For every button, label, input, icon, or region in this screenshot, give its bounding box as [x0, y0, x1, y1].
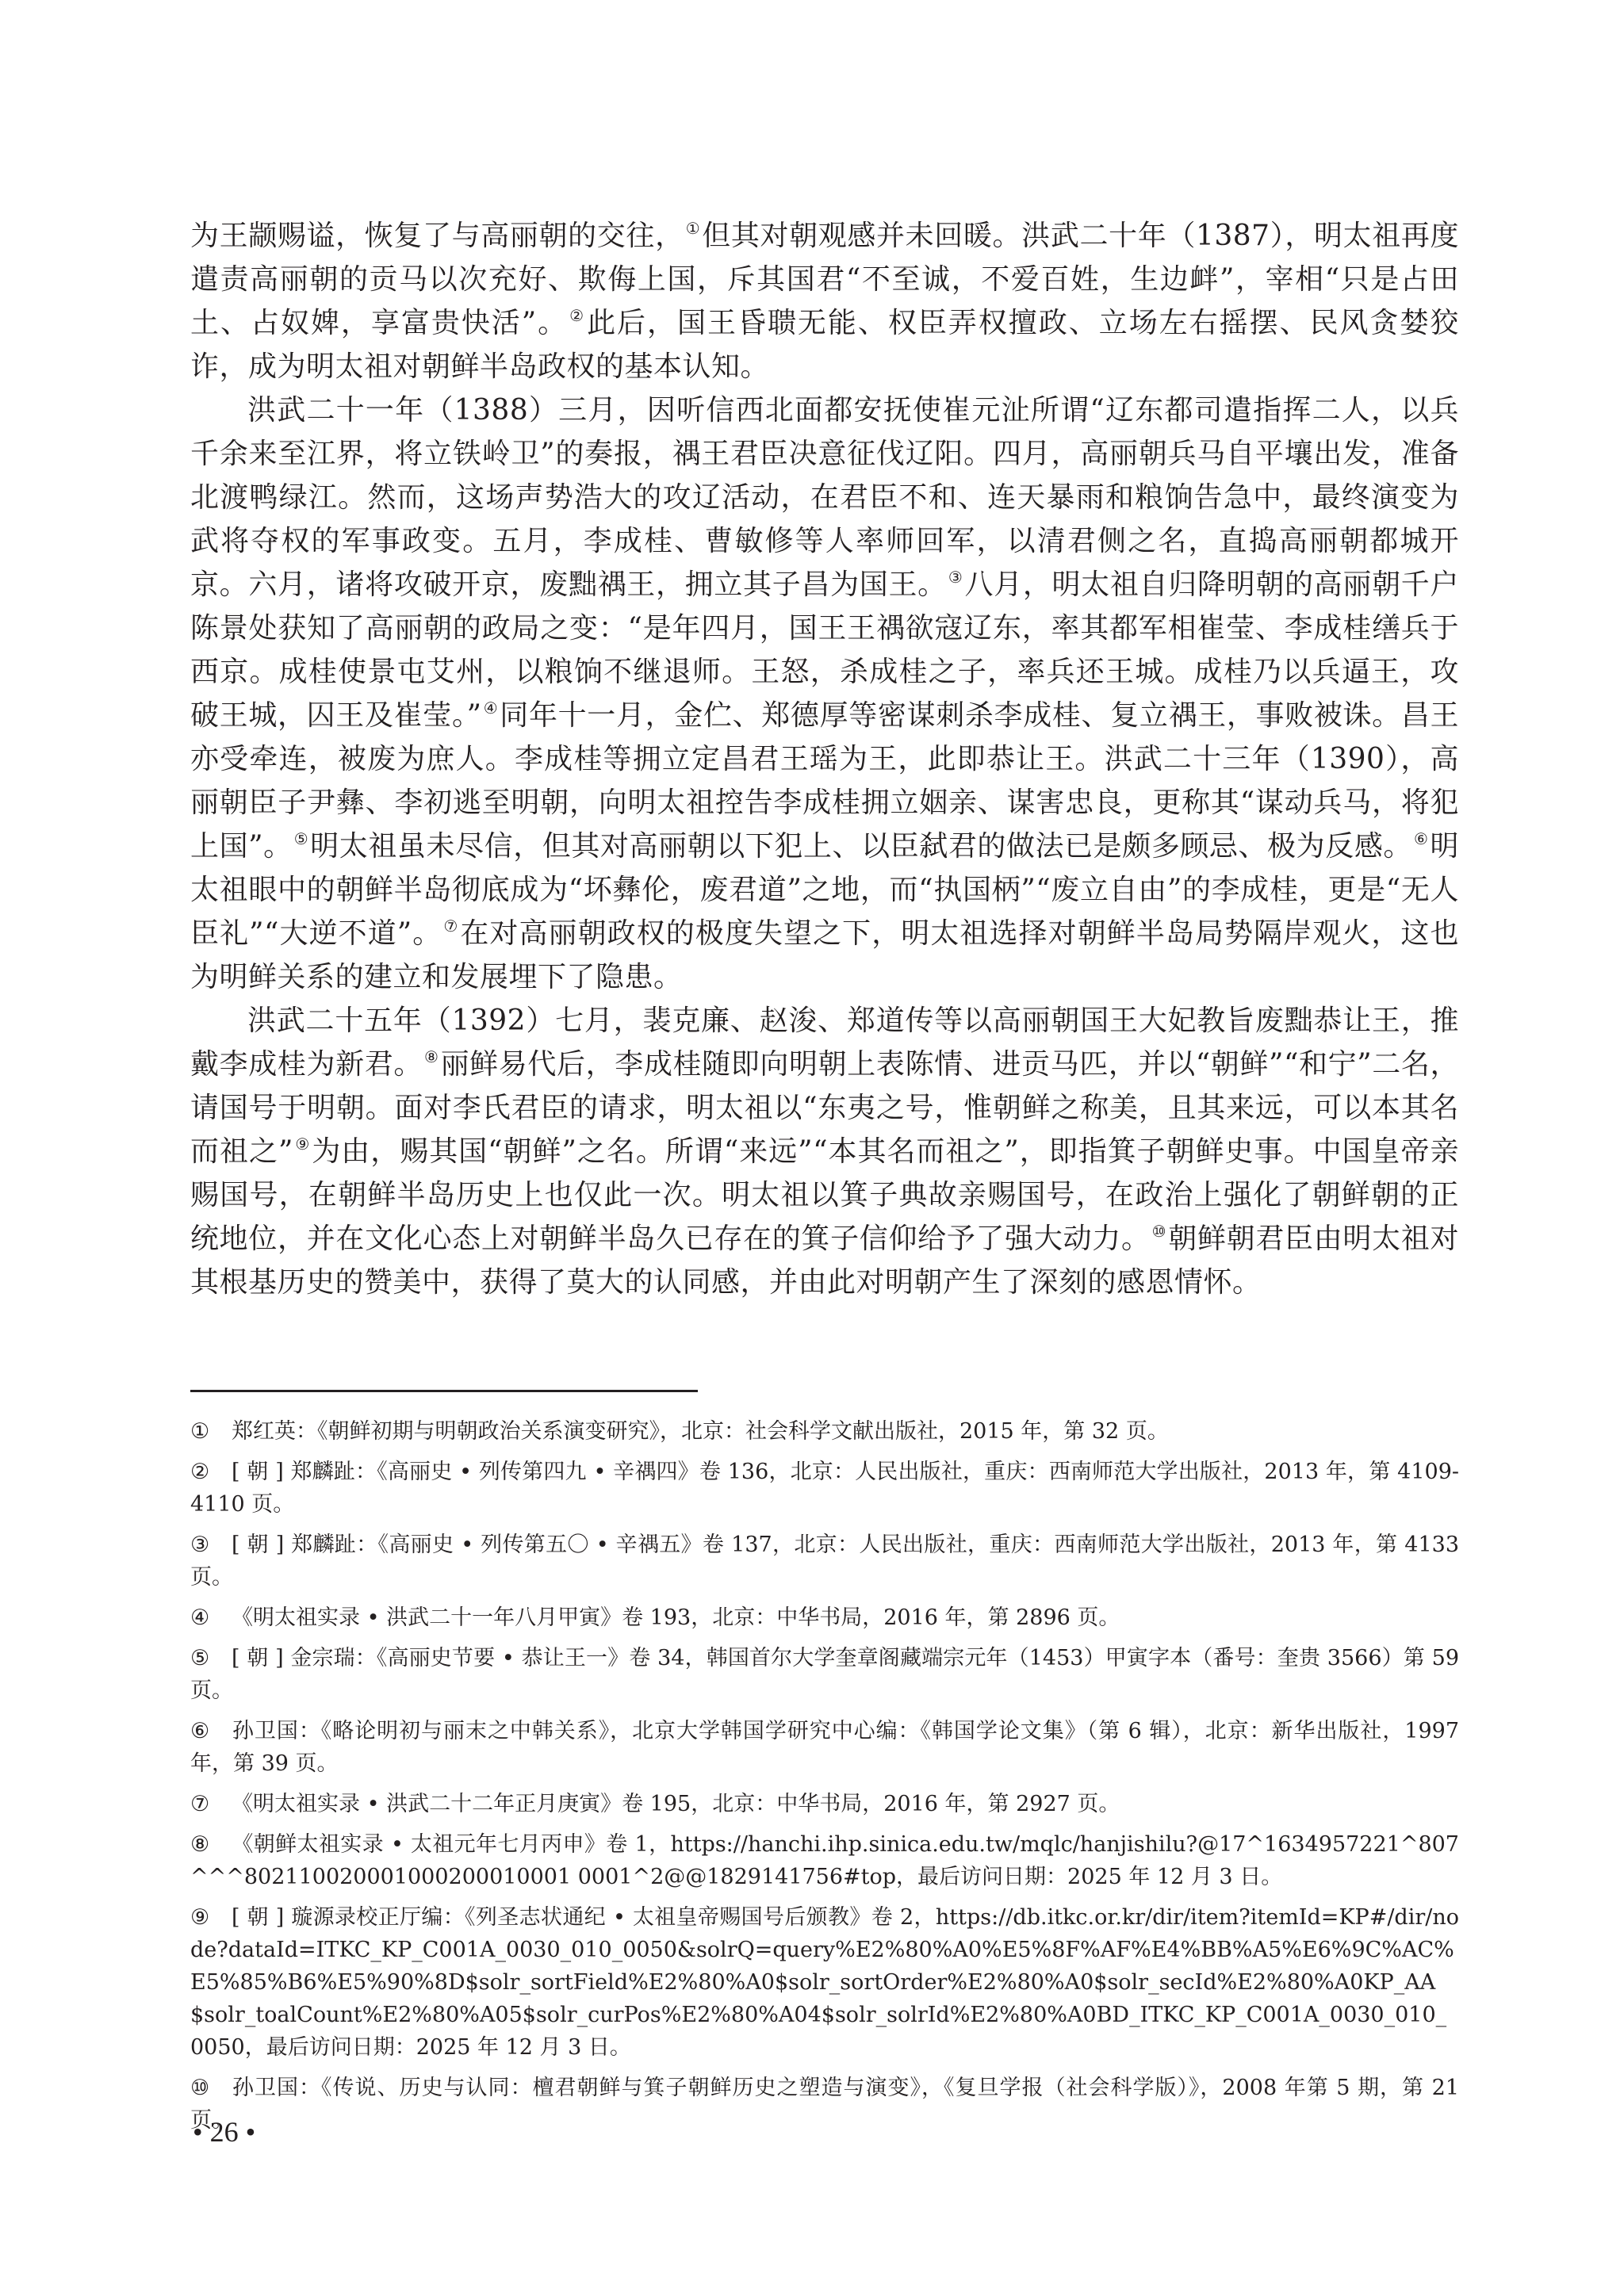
footnote-mark: ⑨ — [190, 1901, 232, 1934]
footnote-text: [ 朝 ] 郑麟趾：《高丽史 • 列传第四九 • 辛禑四》卷 136，北京：人民… — [190, 1460, 1459, 1517]
footnotes: ①郑红英：《朝鲜初期与明朝政治关系演变研究》，北京：社会科学文献出版社，2015… — [190, 1415, 1459, 2145]
footnote-3: ③[ 朝 ] 郑麟趾：《高丽史 • 列传第五〇 • 辛禑五》卷 137，北京：人… — [190, 1529, 1459, 1594]
text-span: 明太祖虽未尽信，但其对高丽朝以下犯上、以臣弑君的做法已是颇多顾忌、极为反感。 — [310, 830, 1412, 863]
footnote-text: 孙卫国：《略论明初与丽末之中韩关系》，北京大学韩国学研究中心编：《韩国学论文集》… — [190, 1719, 1459, 1776]
footnote-mark: ② — [190, 1456, 232, 1488]
footnote-9: ⑨[ 朝 ] 璇源录校正厅编：《列圣志状通纪 • 太祖皇帝赐国号后颁教》卷 2，… — [190, 1901, 1459, 2064]
footnote-5: ⑤[ 朝 ] 金宗瑞：《高丽史节要 • 恭让王一》卷 34，韩国首尔大学奎章阁藏… — [190, 1642, 1459, 1707]
footnote-ref-6[interactable]: ⑥ — [1414, 829, 1429, 848]
footnote-mark: ⑥ — [190, 1715, 232, 1747]
paragraph-2: 洪武二十一年（1388）三月，因听信西北面都安抚使崔元沚所谓“辽东都司遣指挥二人… — [190, 388, 1459, 999]
footnote-ref-8[interactable]: ⑧ — [424, 1047, 439, 1066]
footnote-ref-1[interactable]: ① — [686, 219, 701, 238]
footnote-divider — [190, 1390, 698, 1392]
footnote-ref-10[interactable]: ⑩ — [1152, 1222, 1167, 1241]
footnote-text footnote-url[interactable]: 《朝鲜太祖实录 • 太祖元年七月丙申》卷 1，https://hanchi.ih… — [190, 1832, 1459, 1889]
footnote-10: ⑩孙卫国：《传说、历史与认同：檀君朝鲜与箕子朝鲜历史之塑造与演变》，《复旦学报（… — [190, 2072, 1459, 2137]
footnote-mark: ⑩ — [190, 2072, 232, 2104]
footnote-text: 孙卫国：《传说、历史与认同：檀君朝鲜与箕子朝鲜历史之塑造与演变》，《复旦学报（社… — [190, 2076, 1459, 2133]
footnote-mark: ⑧ — [190, 1828, 232, 1861]
footnote-text: [ 朝 ] 金宗瑞：《高丽史节要 • 恭让王一》卷 34，韩国首尔大学奎章阁藏端… — [190, 1646, 1459, 1703]
footnote-text: 《明太祖实录 • 洪武二十二年正月庚寅》卷 195，北京：中华书局，2016 年… — [232, 1792, 1120, 1816]
footnote-text: 《明太祖实录 • 洪武二十一年八月甲寅》卷 193，北京：中华书局，2016 年… — [232, 1605, 1120, 1630]
page-number: • 26 • — [193, 2115, 255, 2149]
footnote-mark: ③ — [190, 1529, 232, 1561]
paragraph-1: 为王颛赐谥，恢复了与高丽朝的交往，①但其对朝观感并未回暖。洪武二十年（1387）… — [190, 214, 1459, 388]
footnote-ref-3[interactable]: ③ — [948, 568, 963, 587]
body-text: 为王颛赐谥，恢复了与高丽朝的交往，①但其对朝观感并未回暖。洪武二十年（1387）… — [190, 214, 1459, 1304]
footnote-mark: ① — [190, 1415, 232, 1448]
text-span: 为王颛赐谥，恢复了与高丽朝的交往， — [190, 220, 684, 252]
footnote-ref-2[interactable]: ② — [569, 306, 585, 325]
footnote-mark: ⑤ — [190, 1642, 232, 1674]
footnote-8: ⑧《朝鲜太祖实录 • 太祖元年七月丙申》卷 1，https://hanchi.i… — [190, 1828, 1459, 1893]
paragraph-3: 洪武二十五年（1392）七月，裴克廉、赵浚、郑道传等以高丽朝国王大妃教旨废黜恭让… — [190, 999, 1459, 1304]
footnote-6: ⑥孙卫国：《略论明初与丽末之中韩关系》，北京大学韩国学研究中心编：《韩国学论文集… — [190, 1715, 1459, 1780]
footnote-mark: ⑦ — [190, 1788, 232, 1820]
footnote-7: ⑦《明太祖实录 • 洪武二十二年正月庚寅》卷 195，北京：中华书局，2016 … — [190, 1788, 1459, 1820]
footnote-ref-9[interactable]: ⑨ — [295, 1135, 310, 1154]
footnote-2: ②[ 朝 ] 郑麟趾：《高丽史 • 列传第四九 • 辛禑四》卷 136，北京：人… — [190, 1456, 1459, 1521]
footnote-ref-4[interactable]: ④ — [484, 698, 499, 717]
footnote-1: ①郑红英：《朝鲜初期与明朝政治关系演变研究》，北京：社会科学文献出版社，2015… — [190, 1415, 1459, 1448]
footnote-ref-7[interactable]: ⑦ — [443, 916, 458, 936]
footnote-ref-5[interactable]: ⑤ — [294, 829, 309, 848]
footnote-text footnote-url[interactable]: [ 朝 ] 璇源录校正厅编：《列圣志状通纪 • 太祖皇帝赐国号后颁教》卷 2，h… — [190, 1905, 1459, 2060]
footnote-mark: ④ — [190, 1601, 232, 1634]
footnote-text: 郑红英：《朝鲜初期与明朝政治关系演变研究》，北京：社会科学文献出版社，2015 … — [232, 1419, 1169, 1444]
footnote-4: ④《明太祖实录 • 洪武二十一年八月甲寅》卷 193，北京：中华书局，2016 … — [190, 1601, 1459, 1634]
footnote-text: [ 朝 ] 郑麟趾：《高丽史 • 列传第五〇 • 辛禑五》卷 137，北京：人民… — [190, 1533, 1459, 1590]
